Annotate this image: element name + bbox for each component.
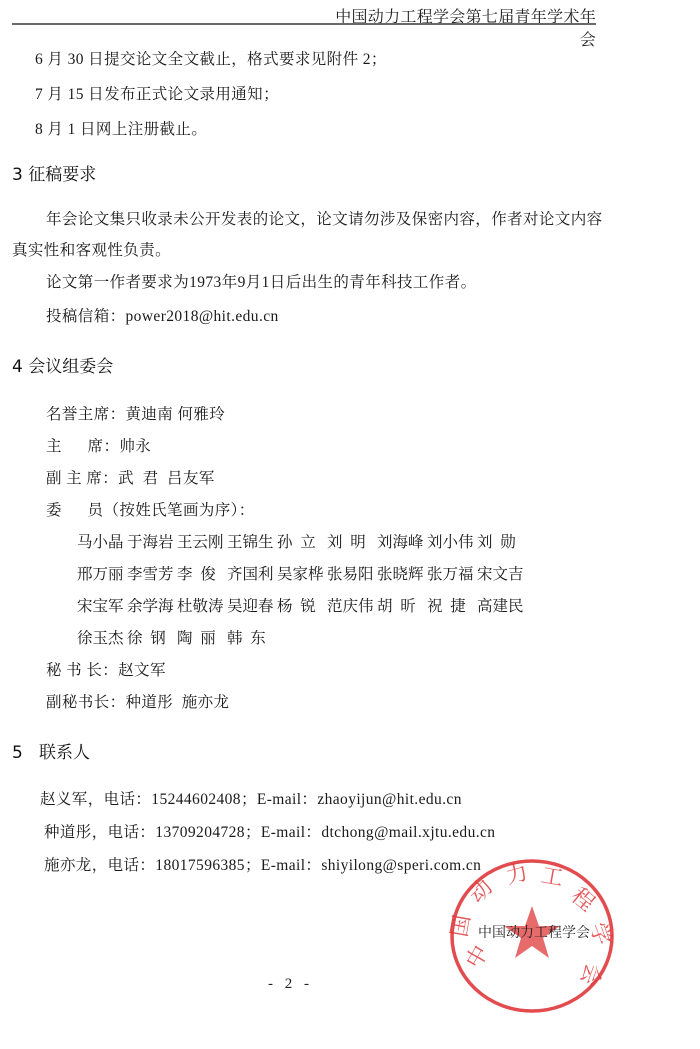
member-name: 于海岩 [127, 530, 177, 552]
contact-1: 赵义军，电话：15244602408；E-mail：zhaoyijun@hit.… [40, 787, 462, 809]
members-row-3: 宋宝军余学海杜敬涛吴迎春杨 锐范庆伟胡 昕祝 捷高建民 [77, 594, 527, 616]
svg-text:动: 动 [465, 875, 498, 908]
schedule-item-2: 7 月 15 日发布正式论文录用通知； [35, 82, 279, 104]
section-3-heading: 3 征稿要求 [12, 160, 96, 185]
member-name: 马小晶 [77, 530, 127, 552]
section-4-heading: 4 会议组委会 [12, 352, 113, 377]
member-name: 吴迎春 [227, 594, 277, 616]
member-name: 孙 立 [277, 530, 327, 552]
deputy-secretary-general: 副秘书长：种道彤 施亦龙 [46, 690, 229, 712]
member-name: 宋文吉 [477, 562, 527, 584]
vice-chair: 副 主 席：武 君 吕友军 [46, 466, 215, 488]
page-number: - 2 - [268, 976, 313, 993]
honorary-chair: 名誉主席：黄迪南 何雅玲 [46, 402, 225, 424]
member-name: 刘小伟 [427, 530, 477, 552]
svg-text:力: 力 [503, 860, 531, 890]
members-row-1: 马小晶于海岩王云刚王锦生孙 立刘 明刘海峰刘小伟刘 勋 [77, 530, 527, 552]
member-name: 胡 昕 [377, 594, 427, 616]
member-name: 陶 丽 [177, 626, 227, 648]
svg-text:国: 国 [448, 913, 476, 939]
member-name: 吴家桦 [277, 562, 327, 584]
members-row-4: 徐玉杰徐 钢陶 丽韩 东 [77, 626, 277, 648]
schedule-item-3: 8 月 1 日网上注册截止。 [35, 117, 207, 139]
members-label: 委 员（按姓氏笔画为序）： [46, 498, 255, 520]
member-name: 张晓辉 [377, 562, 427, 584]
member-name: 范庆伟 [327, 594, 377, 616]
svg-text:工: 工 [539, 863, 565, 891]
member-name: 韩 东 [227, 626, 277, 648]
member-name: 高建民 [477, 594, 527, 616]
contact-3: 施亦龙，电话：18017596385；E-mail：shiyilong@sper… [44, 853, 481, 875]
member-name: 宋宝军 [77, 594, 127, 616]
member-name: 齐国利 [227, 562, 277, 584]
members-row-2: 邢万丽李雪芳李 俊齐国利吴家桦张易阳张晓辉张万福宋文吉 [77, 562, 527, 584]
running-header-title: 中国动力工程学会第七届青年学术年会 [330, 4, 596, 50]
svg-text:会: 会 [575, 960, 606, 989]
submission-email-line: 投稿信箱：power2018@hit.edu.cn [46, 304, 279, 326]
submission-email-label: 投稿信箱： [46, 308, 126, 325]
member-name: 徐玉杰 [77, 626, 127, 648]
schedule-item-1: 6 月 30 日提交论文全文截止，格式要求见附件 2； [35, 47, 387, 69]
svg-text:中: 中 [462, 941, 495, 973]
member-name: 王锦生 [227, 530, 277, 552]
chair: 主 席：帅永 [46, 434, 151, 456]
member-name: 杨 锐 [277, 594, 327, 616]
section-5-heading: 5 联系人 [12, 738, 90, 763]
member-name: 张易阳 [327, 562, 377, 584]
member-name: 徐 钢 [127, 626, 177, 648]
signature-organization: 中国动力工程学会 [478, 922, 590, 942]
submission-email-link[interactable]: power2018@hit.edu.cn [126, 308, 279, 325]
member-name: 张万福 [427, 562, 477, 584]
contact-2: 种道彤，电话：13709204728；E-mail：dtchong@mail.x… [44, 820, 495, 842]
member-name: 刘 勋 [477, 530, 527, 552]
submission-para-1-line-1: 年会论文集只收录未公开发表的论文，论文请勿涉及保密内容，作者对论文内容 [46, 207, 603, 229]
submission-para-2: 论文第一作者要求为1973年9月1日后出生的青年科技工作者。 [46, 270, 477, 292]
header-rule [12, 23, 596, 25]
member-name: 刘海峰 [377, 530, 427, 552]
member-name: 杜敬涛 [177, 594, 227, 616]
member-name: 邢万丽 [77, 562, 127, 584]
member-name: 祝 捷 [427, 594, 477, 616]
member-name: 李雪芳 [127, 562, 177, 584]
submission-para-1-line-2: 真实性和客观性负责。 [12, 238, 171, 260]
secretary-general: 秘 书 长：赵文军 [46, 658, 166, 680]
member-name: 刘 明 [327, 530, 377, 552]
member-name: 李 俊 [177, 562, 227, 584]
member-name: 王云刚 [177, 530, 227, 552]
member-name: 余学海 [127, 594, 177, 616]
